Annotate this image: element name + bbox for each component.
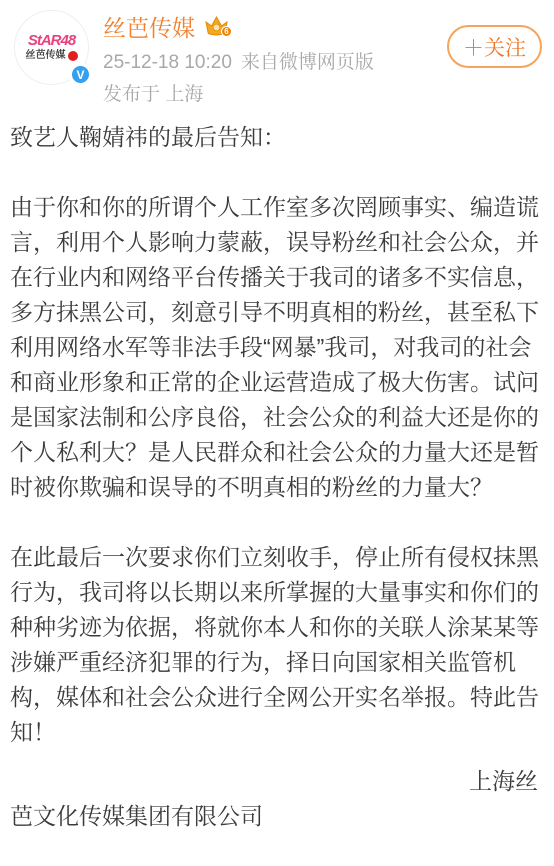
post-title: 致艺人鞠婧祎的最后告知： <box>10 120 542 155</box>
signature-line: 芭文化传媒集团有限公司 <box>10 799 542 834</box>
verified-badge-icon: V <box>69 63 92 86</box>
user-info: 丝芭传媒 6 25-12-18 10:20来自微博网页版 发布于 上海 <box>103 10 439 106</box>
signature-line: 上海丝 <box>10 764 542 799</box>
follow-button[interactable]: ＋关注 <box>447 25 542 68</box>
weibo-post-card: StAR48 丝芭传媒 V 丝芭传媒 6 25- <box>0 0 554 834</box>
timestamp: 25-12-18 10:20 <box>103 52 232 73</box>
avatar-logo-text: StAR48 <box>28 33 75 49</box>
vip-level-badge: 6 <box>221 26 232 37</box>
post-paragraph: 在此最后一次要求你们立刻收手，停止所有侵权抹黑行为，我司将以长期以来所掌握的大量… <box>10 540 542 750</box>
flower-icon <box>68 51 78 61</box>
source-link[interactable]: 来自微博网页版 <box>241 52 374 73</box>
post-signature: 上海丝 芭文化传媒集团有限公司 <box>10 764 542 834</box>
location-label: 发布于 上海 <box>103 79 439 106</box>
avatar[interactable]: StAR48 丝芭传媒 V <box>14 10 89 85</box>
post-meta: 25-12-18 10:20来自微博网页版 <box>103 47 439 74</box>
username-row: 丝芭传媒 6 <box>103 11 439 41</box>
vip-crown-icon[interactable]: 6 <box>203 14 230 38</box>
username[interactable]: 丝芭传媒 <box>103 10 195 43</box>
post-content: 致艺人鞠婧祎的最后告知： 由于你和你的所谓个人工作室多次罔顾事实、编造谎言，利用… <box>0 120 554 834</box>
post-paragraph: 由于你和你的所谓个人工作室多次罔顾事实、编造谎言，利用个人影响力蒙蔽，误导粉丝和… <box>10 190 542 505</box>
avatar-logo-subtext: 丝芭传媒 <box>26 50 78 62</box>
post-header: StAR48 丝芭传媒 V 丝芭传媒 6 25- <box>0 0 554 106</box>
